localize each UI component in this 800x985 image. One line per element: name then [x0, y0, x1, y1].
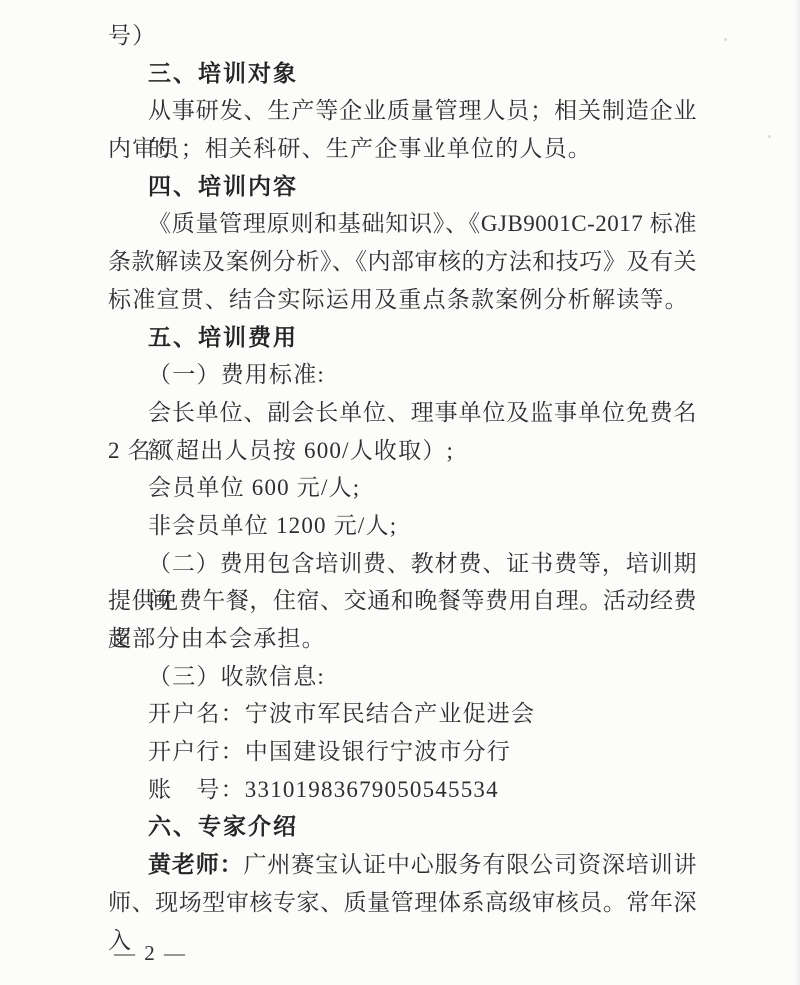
scanned-document-page: 号） 三、培训对象 从事研发、生产等企业质量管理人员；相关制造企业的 内审员；相…: [0, 0, 800, 985]
expert-intro-line: 黄老师：广州赛宝认证中心服务有限公司资深培训讲: [108, 846, 697, 884]
section-heading-training-content: 四、培训内容: [108, 168, 697, 206]
paragraph-line: 标准宣贯、结合实际运用及重点条款案例分析解读等。: [108, 281, 697, 319]
payment-info-line: （三）收款信息:: [108, 658, 697, 696]
paragraph-line: 《质量管理原则和基础知识》、《GJB9001C-2017 标准: [108, 205, 697, 243]
bank-name-line: 开户行：中国建设银行宁波市分行: [108, 733, 697, 771]
paragraph-line: 内审员；相关科研、生产企事业单位的人员。: [108, 130, 697, 168]
paragraph-line: 提供免费午餐，住宿、交通和晚餐等费用自理。活动经费超: [108, 582, 697, 620]
section-heading-experts: 六、专家介绍: [108, 808, 697, 846]
paragraph-line: 会长单位、副会长单位、理事单位及监事单位免费名额: [108, 394, 697, 432]
member-fee-line: 会员单位 600 元/人;: [108, 469, 697, 507]
section-heading-training-fees: 五、培训费用: [108, 319, 697, 357]
paragraph-line: 条款解读及案例分析》、《内部审核的方法和技巧》及有关: [108, 243, 697, 281]
paragraph-line: 支部分由本会承担。: [108, 620, 697, 658]
section-heading-training-targets: 三、培训对象: [108, 55, 697, 93]
scan-speck: [768, 135, 771, 138]
scan-speck: [724, 38, 727, 41]
nonmember-fee-line: 非会员单位 1200 元/人;: [108, 507, 697, 545]
fee-standard-line: （一）费用标准:: [108, 356, 697, 394]
account-name-line: 开户名：宁波市军民结合产业促进会: [108, 695, 697, 733]
paragraph-line: （二）费用包含培训费、教材费、证书费等，培训期间: [108, 545, 697, 583]
paragraph-line: 师、现场型审核专家、质量管理体系高级审核员。常年深入: [108, 884, 697, 922]
paragraph-line: 从事研发、生产等企业质量管理人员；相关制造企业的: [108, 92, 697, 130]
fee-overflow-line: 2 名（超出人员按 600/人收取）;: [108, 432, 697, 470]
account-number-line: 账 号：33101983679050545534: [108, 771, 697, 809]
scan-edge-shadow: [795, 0, 800, 985]
expert-desc: 广州赛宝认证中心服务有限公司资深培训讲: [244, 852, 697, 877]
continuation-line: 号）: [108, 17, 697, 55]
page-number: — 2 —: [108, 938, 697, 968]
expert-name: 黄老师：: [148, 851, 244, 877]
